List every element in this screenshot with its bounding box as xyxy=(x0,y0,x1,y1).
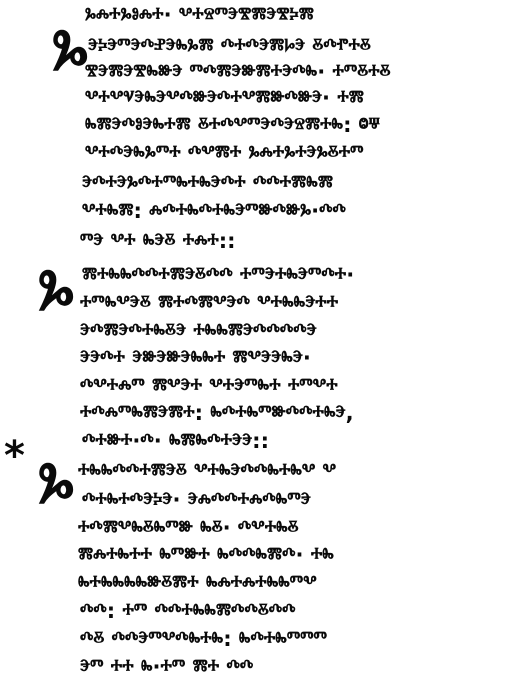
text-line-18: ⰴⰰⰸⰰⰴⰵⰽⰵ· ⰵⰾⰴⰴⰰⰾⰴⰸⱅⰵ xyxy=(82,487,311,513)
text-line-23: ⰴⰻ ⰴⰴⰵⱅⰲⰴⰸⰰⰸ: ⰸⰴⰰⰸⱅⱅⱅ xyxy=(80,626,327,652)
manuscript-page: Ⰳ Ⰳ Ⰳ ⁎ ⰳⰾⰰⰳⱁⰾⰰ· ⰲⰰⱄⱅⰵⰺⰿⰵⰺⰽⰿ ⰵⰽⰵⱅⰵⰴⱀⰵⰸⰳⰿ… xyxy=(0,0,518,685)
text-line-24: ⰵⱅ ⰰⰰ ⰸ·ⰰⱅ ⰿⰰ ⰴⰴ xyxy=(80,654,253,680)
text-line-22: ⰴⰴ: ⰰⱅ ⰴⰴⰰⰸⰸⰿⰴⰴⰻⰴⰴ xyxy=(80,598,296,624)
illuminated-initial-3: Ⰳ xyxy=(38,455,74,507)
text-line-17: ⰰⰸⰸⰴⰴⰰⰿⰵⰻ ⰲⰰⰸⰵⰴⰴⰸⰰⰸⰲ ⰲ xyxy=(78,458,336,484)
asterisk-margin-mark: ⁎ xyxy=(4,425,25,465)
text-line-10: ⰿⰰⰸⰸⰴⰴⰰⰿⰵⰻⰴⰴ ⰰⱅⰵⰰⰸⰵⱅⰴⰰ· xyxy=(82,262,354,288)
text-line-8: ⰲⰰⰸⰿ: ⰾⰴⰰⰸⰴⰰⰸⰵⱅⱆⰴⱆⰳ·ⰴⰴ xyxy=(82,198,346,224)
text-line-6: ⰲⰰⰴⰵⰸⰳⱅⰰ ⰴⰲⰿⰰ ⰳⰾⰰⰳⰰⰵⰳⰻⰰⱅ xyxy=(85,140,364,166)
text-line-5: ⰸⰿⰵⰴⱁⰵⰸⰰⰿ ⰻⰰⰴⰲⱅⰵⰴⰵⱄⰿⰰⰸ: ⱉⱋ xyxy=(85,112,380,138)
text-line-20: ⰿⰾⰰⰸⰰⰰ ⰸⱅⱆⰰ ⰸⰴⰴⰸⰿⰴ· ⰰⰸ xyxy=(78,542,334,568)
text-line-3: ⰺⰵⰿⰵⰺⰸⱆⰵ ⱅⰴⰿⰵⱆⰿⰰⰵⰴⰸ· ⰰⱅⰻⰰⰻ xyxy=(85,59,391,85)
text-line-19: ⰰⰴⰿⰲⰸⰻⰸⱅⱆ ⰸⰻ· ⰴⰲⰰⰸⰻ xyxy=(78,515,299,541)
text-line-14: ⰴⰲⰰⰾⱅ ⰿⰲⰵⰰ ⰲⰰⰵⱅⰸⰰ ⰰⱅⰲⰰ xyxy=(80,373,338,399)
illuminated-initial-1: Ⰳ xyxy=(52,22,88,74)
text-line-21: ⰸⰰⰸⰸⰸⰸⱆⰻⰿⰰ ⰸⰾⰰⰾⰰⰸⰸⱅⰲ xyxy=(78,570,317,596)
text-line-7: ⰵⰴⰰⰵⰳⰴⰰⱅⰸⰰⰸⰵⰴⰰ ⰴⰴⰰⰿⰸⰿ xyxy=(82,170,333,196)
text-line-4: ⰲⰰⰲⱌⰵⰸⰵⰲⰴⱆⰵⰴⰰⰲⰿⱆⰴⱆⰵ· ⰰⰿ xyxy=(85,85,364,111)
text-line-15: ⰰⰴⰾⱅⰸⰿⰵⰿⰰ: ⰸⰴⰰⰸⱅⱆⰴⰴⰰⰸⰵ, xyxy=(80,400,354,426)
text-line-16: ⰴⰰⱆⰰ·ⰴ· ⰸⰿⰸⰴⰰⰵⰵ:: xyxy=(82,428,269,454)
text-line-1: ⰳⰾⰰⰳⱁⰾⰰ· ⰲⰰⱄⱅⰵⰺⰿⰵⰺⰽⰿ xyxy=(85,2,314,28)
text-line-9: ⱅⰵ ⰲⰰ ⰸⰵⰻ ⰰⰾⰰ:: xyxy=(80,228,236,254)
text-line-12: ⰵⰴⰿⰵⰴⰰⰸⰻⰵ ⰰⰸⰸⰿⰵⰴⰴⰴⰴⰵ xyxy=(80,318,317,344)
text-line-13: ⰵⰵⰴⰰ ⰵⱆⰵⱆⰵⰸⰸⰰ ⰿⰲⰵⰵⰸⰵ· xyxy=(80,345,311,371)
text-line-11: ⰰⱅⰸⰲⰵⰻ ⰿⰰⰴⰿⰲⰵⰴ ⰲⰰⰸⰸⰵⰰⰰ xyxy=(80,290,338,316)
text-line-2: ⰵⰽⰵⱅⰵⰴⱀⰵⰸⰳⰿ ⰴⰰⰴⰵⰿⱈⰵ ⰻⰴⱂⰰⰻ xyxy=(88,33,371,59)
illuminated-initial-2: Ⰳ xyxy=(38,262,74,314)
